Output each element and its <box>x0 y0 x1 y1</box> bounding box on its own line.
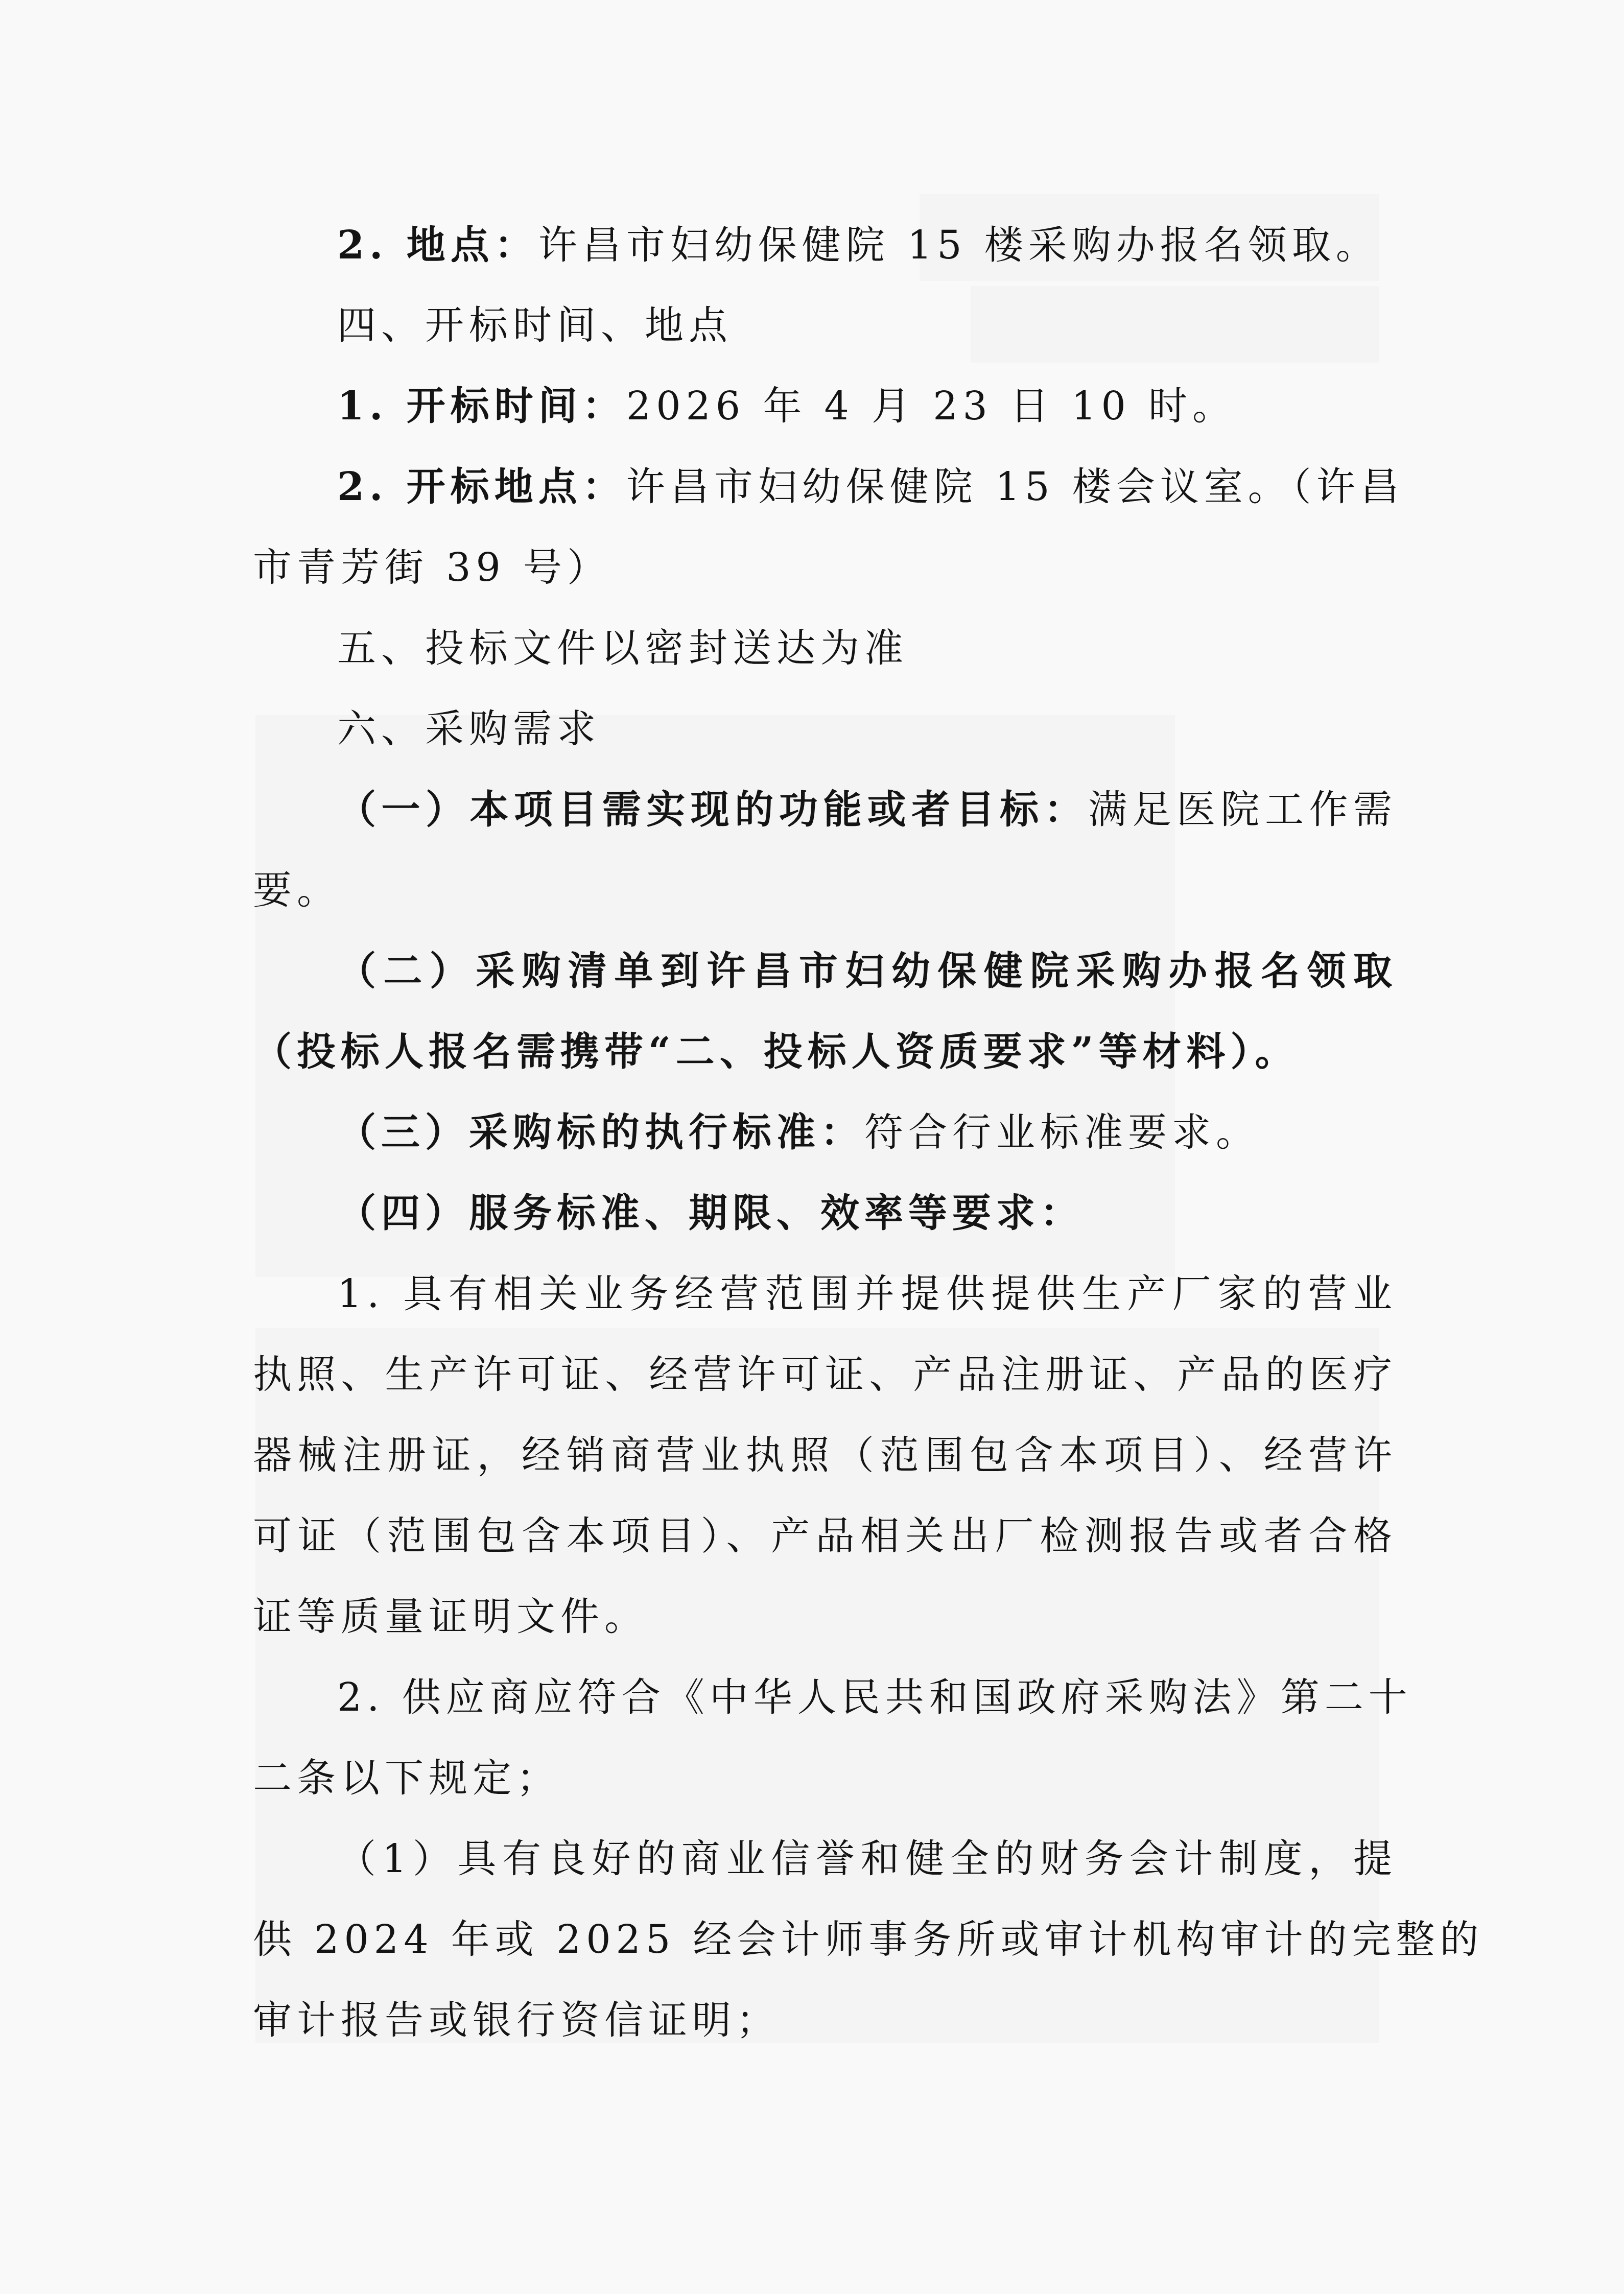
doc-line-location: 2. 地点：许昌市妇幼保健院 15 楼采购办报名领取。 <box>337 217 1397 273</box>
section-heading-requirements: 六、采购需求 <box>337 701 1397 757</box>
doc-line-req1-wrap: 可证（范围包含本项目）、产品相关出厂检测报告或者合格 <box>253 1508 1397 1564</box>
section-heading-text: 四、开标时间、地点 <box>337 302 733 348</box>
line-label: 2. 开标地点： <box>337 464 626 509</box>
line-text: 供 2024 年或 2025 经会计师事务所或审计机构审计的完整的 <box>253 1917 1484 1962</box>
line-label: 2. 地点： <box>337 222 538 268</box>
line-label: 1. 开标时间： <box>337 383 626 429</box>
line-text: （1）具有良好的商业信誉和健全的财务会计制度，提 <box>337 1836 1397 1881</box>
doc-line-opening-place: 2. 开标地点：许昌市妇幼保健院 15 楼会议室。（许昌 <box>337 459 1397 515</box>
doc-line-req1-wrap: 器械注册证，经销商营业执照（范围包含本项目）、经营许 <box>253 1427 1397 1483</box>
line-label: （三）采购标的执行标准： <box>337 1109 864 1155</box>
doc-line-address-wrap: 市青芳街 39 号） <box>253 539 1397 596</box>
line-label: （一）本项目需实现的功能或者目标： <box>337 787 1088 832</box>
doc-line-req2: 2. 供应商应符合《中华人民共和国政府采购法》第二十 <box>337 1669 1397 1725</box>
section-heading-text: 五、投标文件以密封送达为准 <box>337 625 908 671</box>
document-page: 2. 地点：许昌市妇幼保健院 15 楼采购办报名领取。 四、开标时间、地点 1.… <box>0 0 1624 2294</box>
line-text: 可证（范围包含本项目）、产品相关出厂检测报告或者合格 <box>253 1513 1397 1558</box>
line-text: 2026 年 4 月 23 日 10 时。 <box>626 383 1236 429</box>
line-text: 许昌市妇幼保健院 15 楼采购办报名领取。 <box>538 222 1380 268</box>
line-text: 审计报告或银行资信证明； <box>253 1997 780 2043</box>
line-text: 满足医院工作需 <box>1088 787 1397 832</box>
line-text: 证等质量证明文件。 <box>253 1594 648 1639</box>
line-text: 二条以下规定； <box>253 1755 560 1801</box>
doc-line-procurement-list-wrap: （投标人报名需携带“二、投标人资质要求”等材料）。 <box>253 1024 1397 1080</box>
line-label: （四）服务标准、期限、效率等要求： <box>337 1190 1084 1236</box>
doc-line-standard: （三）采购标的执行标准：符合行业标准要求。 <box>337 1104 1397 1161</box>
line-text: 市青芳街 39 号） <box>253 545 611 590</box>
line-text: 2. 供应商应符合《中华人民共和国政府采购法》第二十 <box>337 1674 1413 1720</box>
line-text: 要。 <box>253 867 341 913</box>
doc-line-req2-1-wrap: 供 2024 年或 2025 经会计师事务所或审计机构审计的完整的 <box>253 1911 1397 1968</box>
doc-line-service-heading: （四）服务标准、期限、效率等要求： <box>337 1185 1397 1241</box>
doc-line-req1-wrap: 证等质量证明文件。 <box>253 1589 1397 1645</box>
section-heading-text: 六、采购需求 <box>337 706 601 751</box>
doc-line-req2-1-wrap: 审计报告或银行资信证明； <box>253 1992 1397 2048</box>
doc-line-procurement-list: （二）采购清单到许昌市妇幼保健院采购办报名领取 <box>337 943 1397 999</box>
doc-line-opening-time: 1. 开标时间：2026 年 4 月 23 日 10 时。 <box>337 378 1397 434</box>
line-text: 1. 具有相关业务经营范围并提供提供生产厂家的营业 <box>337 1271 1397 1316</box>
line-text: 器械注册证，经销商营业执照（范围包含本项目）、经营许 <box>253 1432 1397 1478</box>
line-label: （投标人报名需携带“二、投标人资质要求”等材料）。 <box>253 1029 1299 1074</box>
line-label: （二）采购清单到许昌市妇幼保健院采购办报名领取 <box>337 948 1397 994</box>
section-heading-bid-docs: 五、投标文件以密封送达为准 <box>337 620 1397 676</box>
line-text: 许昌市妇幼保健院 15 楼会议室。（许昌 <box>626 464 1404 509</box>
doc-line-req1-wrap: 执照、生产许可证、经营许可证、产品注册证、产品的医疗 <box>253 1346 1397 1403</box>
line-text: 符合行业标准要求。 <box>864 1109 1260 1155</box>
line-text: 执照、生产许可证、经营许可证、产品注册证、产品的医疗 <box>253 1352 1397 1397</box>
doc-line-req2-1: （1）具有良好的商业信誉和健全的财务会计制度，提 <box>337 1831 1397 1887</box>
doc-line-goal-wrap: 要。 <box>253 862 1397 918</box>
doc-line-goal: （一）本项目需实现的功能或者目标：满足医院工作需 <box>337 782 1397 838</box>
doc-line-req1: 1. 具有相关业务经营范围并提供提供生产厂家的营业 <box>337 1266 1397 1322</box>
doc-line-req2-wrap: 二条以下规定； <box>253 1750 1397 1806</box>
section-heading-opening: 四、开标时间、地点 <box>337 297 1397 353</box>
